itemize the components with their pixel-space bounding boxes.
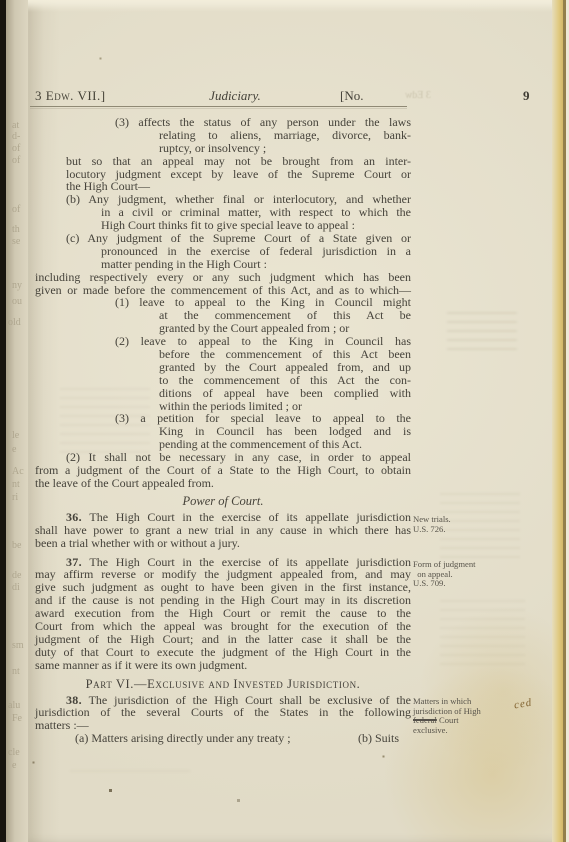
gutter-text-fragment: e: [12, 760, 16, 771]
gutter-text-fragment: d-: [12, 131, 20, 142]
section-number: 36.: [66, 510, 82, 524]
text-line: before the commencement of this Act been: [35, 348, 411, 361]
text-line: ditions of appeal have been complied wit…: [35, 387, 411, 400]
gutter-text-fragment: Ac: [12, 466, 24, 477]
text-line: jurisdiction of the several Courts of th…: [35, 706, 411, 719]
page-top-edge: [28, 0, 556, 12]
text-line: pronounced in the exercise of federal ju…: [35, 245, 411, 258]
gutter-text-fragment: e: [12, 444, 16, 455]
running-header: 3 Edw. VII.] Judiciary. [No. 3 Edw 9: [35, 88, 545, 104]
gutter-text-fragment: sm: [12, 640, 24, 651]
running-title: Judiciary.: [155, 88, 315, 104]
paper-specks: [0, 0, 1, 1]
margin-note: Form of judgment on appeal.U.S. 709.: [413, 560, 538, 589]
scanned-page: 3 Edw. VII.] Judiciary. [No. 3 Edw 9 (3)…: [0, 0, 569, 842]
gutter-text-fragment: nt: [12, 479, 20, 490]
text-line: been a trial whether with or without a j…: [35, 537, 411, 550]
clause-b-catchword: (b) Suits: [358, 732, 399, 745]
gutter-text-fragment: le: [12, 430, 19, 441]
text-line: granted by the Court appealed from, and …: [35, 361, 411, 374]
text-line: same manner as if it were its own judgme…: [35, 659, 411, 672]
text-line: but so that an appeal may not be brought…: [35, 155, 411, 168]
main-text-column: (3) affects the status of any person und…: [35, 116, 411, 745]
gutter-text-fragment: ny: [12, 280, 22, 291]
gutter-text-fragment: Fe: [12, 713, 22, 724]
gutter-text-fragment: of: [12, 204, 20, 215]
act-number-label: [No.: [340, 88, 363, 104]
margin-note-line: U.S. 709.: [413, 579, 538, 589]
text-line: (a) Matters arising directly under any t…: [35, 732, 411, 745]
text-line: relating to aliens, marriage, divorce, b…: [35, 129, 411, 142]
section-heading: Part VI.—Exclusive and Invested Jurisdic…: [35, 677, 411, 691]
margin-note: New trials.U.S. 726.: [413, 515, 538, 534]
text-line: matter pending in the High Court :: [35, 258, 411, 271]
text-line: (3) affects the status of any person und…: [35, 116, 411, 129]
show-through-text: [447, 312, 517, 354]
struck-word: federal: [413, 715, 437, 725]
gutter-text-fragment: of: [12, 155, 20, 166]
gutter-text-fragment: old: [8, 317, 21, 328]
gutter-text-fragment: ou: [12, 296, 22, 307]
page-fore-edge: [552, 0, 563, 842]
text-line: the leave of the Court appealed from.: [35, 477, 411, 490]
show-through-header: 3 Edw: [405, 90, 431, 101]
gutter-text-fragment: cle: [8, 747, 20, 758]
gutter-text-fragment: at: [12, 120, 19, 131]
text-line: from a judgment of the Court of a State …: [35, 464, 411, 477]
text-line: shall have power to grant a new trial in…: [35, 524, 411, 537]
show-through-text: [440, 600, 525, 665]
section-number: 38.: [66, 693, 82, 707]
gutter-text-fragment: be: [12, 540, 21, 551]
text-line: ruptcy, or insolvency ;: [35, 142, 411, 155]
gutter-text-fragment: alu: [8, 700, 20, 711]
section-heading: Power of Court.: [35, 494, 411, 508]
gutter-text-fragment: se: [12, 236, 20, 247]
text-line: to the commencement of this Act the con-: [35, 374, 411, 387]
regnal-year: 3 Edw. VII.]: [35, 88, 106, 104]
clause-a: (a) Matters arising directly under any t…: [75, 732, 291, 745]
text-line: duty of that Court to execute the judgme…: [35, 646, 411, 659]
margin-note-line: exclusive.: [413, 726, 538, 736]
text-line: judgment of the High Court; and in the l…: [35, 633, 411, 646]
page-number: 9: [523, 88, 530, 104]
header-rule: [30, 106, 407, 107]
section-number: 37.: [66, 555, 82, 569]
text-line: (c) Any judgment of the Supreme Court of…: [35, 232, 411, 245]
gutter-text-fragment: de: [12, 570, 21, 581]
text-line: including respectively every or any such…: [35, 271, 411, 284]
gutter-text-fragment: of: [12, 143, 20, 154]
show-through-text: [70, 770, 190, 778]
gutter-text-fragment: th: [12, 224, 20, 235]
text-line: 36. The High Court in the exercise of it…: [35, 511, 411, 524]
margin-note-line: U.S. 726.: [413, 525, 538, 535]
gutter-text-fragment: ri: [12, 492, 18, 503]
gutter-text-fragment: nt: [12, 666, 20, 677]
text-line: Court from which the appeal was brought …: [35, 620, 411, 633]
gutter-text-fragment: di: [12, 582, 20, 593]
